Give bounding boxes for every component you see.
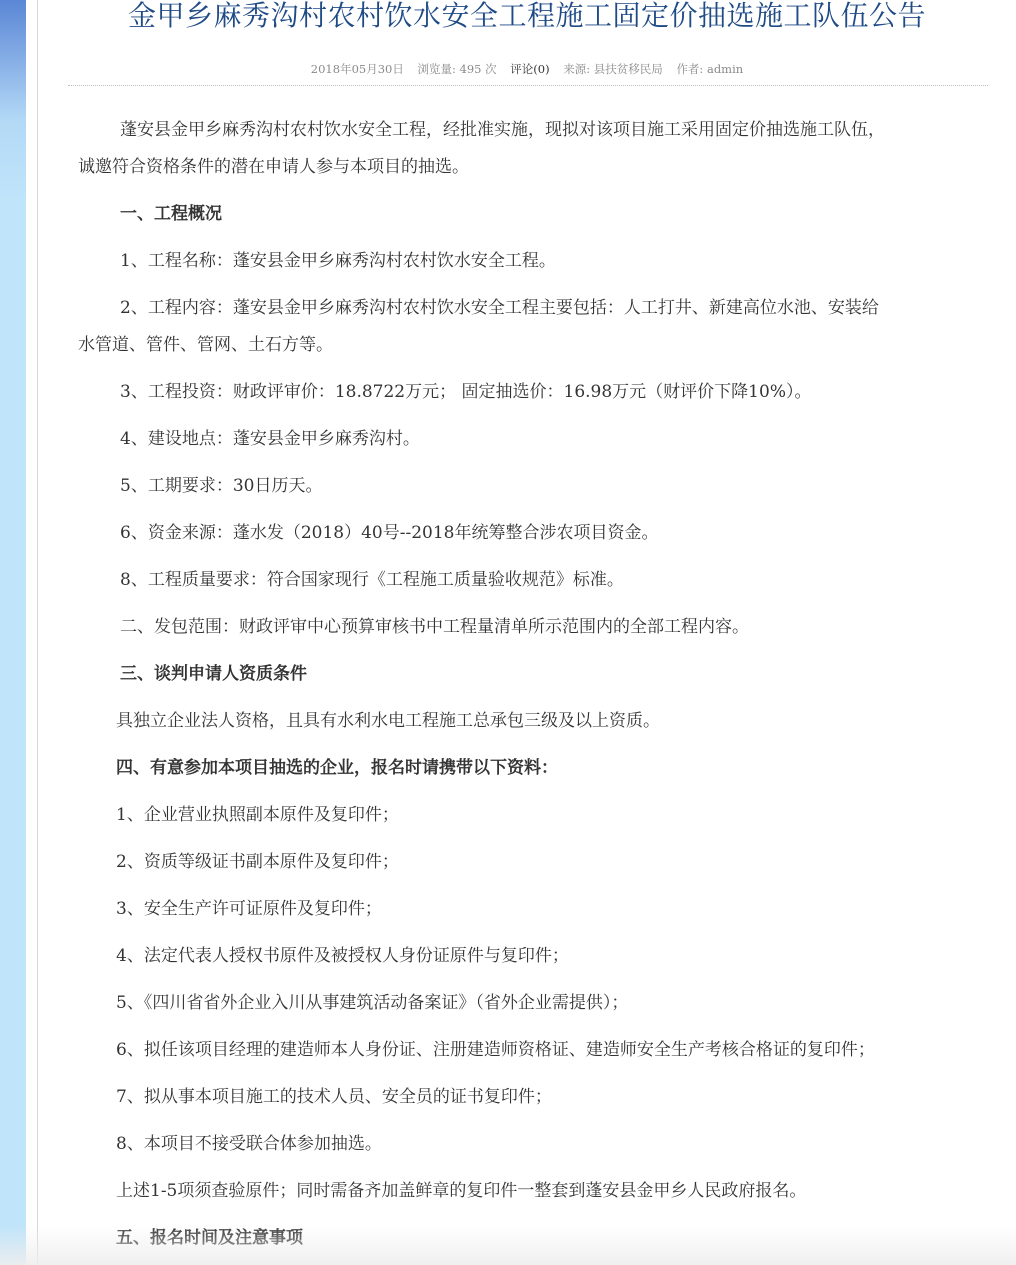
list-item: 5、工期要求：30日历天。 — [120, 476, 322, 496]
list-item: 2、工程内容：蓬安县金甲乡麻秀沟村农村饮水安全工程主要包括：人工打井、新建高位水… — [120, 298, 879, 318]
paragraph-intro-cont: 诚邀符合资格条件的潜在申请人参与本项目的抽选。 — [78, 157, 469, 177]
paragraph-intro: 蓬安县金甲乡麻秀沟村农村饮水安全工程，经批准实施，现拟对该项目施工采用固定价抽选… — [120, 120, 885, 140]
list-item: 6、资金来源：蓬水发（2018）40号--2018年统筹整合涉农项目资金。 — [120, 523, 658, 543]
article-container: 金甲乡麻秀沟村农村饮水安全工程施工固定价抽选施工队伍公告 2018年05月30日… — [38, 0, 1016, 1265]
publish-date: 2018年05月30日 — [311, 62, 404, 76]
qualification-text: 具独立企业法人资格，且具有水利水电工程施工总承包三级及以上资质。 — [116, 711, 660, 731]
view-count: 浏览量: 495 次 — [418, 62, 497, 76]
left-decorative-band — [0, 0, 26, 1265]
list-item: 3、安全生产许可证原件及复印件； — [116, 899, 382, 919]
article-meta: 2018年05月30日 浏览量: 495 次 评论(0) 来源: 县扶贫移民局 … — [38, 61, 1016, 77]
list-item: 8、本项目不接受联合体参加抽选。 — [116, 1134, 382, 1154]
section-heading-4: 四、有意参加本项目抽选的企业，报名时请携带以下资料： — [116, 758, 558, 778]
comments-link[interactable]: 评论(0) — [510, 62, 549, 76]
section-heading-1: 一、工程概况 — [120, 204, 222, 224]
list-item: 1、企业营业执照副本原件及复印件； — [116, 805, 399, 825]
list-item: 1、工程名称：蓬安县金甲乡麻秀沟村农村饮水安全工程。 — [120, 251, 556, 271]
meta-separator — [68, 85, 988, 86]
list-item: 7、拟从事本项目施工的技术人员、安全员的证书复印件； — [116, 1087, 552, 1107]
author: 作者: admin — [676, 62, 743, 76]
list-item: 4、建设地点：蓬安县金甲乡麻秀沟村。 — [120, 429, 420, 449]
list-item: 2、资质等级证书副本原件及复印件； — [116, 852, 399, 872]
list-item: 8、工程质量要求：符合国家现行《工程施工质量验收规范》标准。 — [120, 570, 624, 590]
article-title: 金甲乡麻秀沟村农村饮水安全工程施工固定价抽选施工队伍公告 — [38, 0, 1016, 36]
registration-note: 上述1-5项须查验原件；同时需备齐加盖鲜章的复印件一整套到蓬安县金甲乡人民政府报… — [116, 1181, 806, 1201]
section-heading-3: 三、谈判申请人资质条件 — [120, 664, 307, 684]
source: 来源: 县扶贫移民局 — [563, 62, 663, 76]
list-item: 4、法定代表人授权书原件及被授权人身份证原件与复印件； — [116, 946, 569, 966]
section-heading-2: 二、发包范围：财政评审中心预算审核书中工程量清单所示范围内的全部工程内容。 — [120, 617, 749, 637]
bottom-fade — [0, 1225, 1016, 1265]
list-item: 5、《四川省省外企业入川从事建筑活动备案证》（省外企业需提供）； — [116, 993, 628, 1013]
list-item: 6、拟任该项目经理的建造师本人身份证、注册建造师资格证、建造师安全生产考核合格证… — [116, 1040, 875, 1060]
list-item: 3、工程投资：财政评审价：18.8722万元； 固定抽选价：16.98万元（财评… — [120, 382, 811, 402]
list-item-cont: 水管道、管件、管网、土石方等。 — [78, 335, 333, 355]
